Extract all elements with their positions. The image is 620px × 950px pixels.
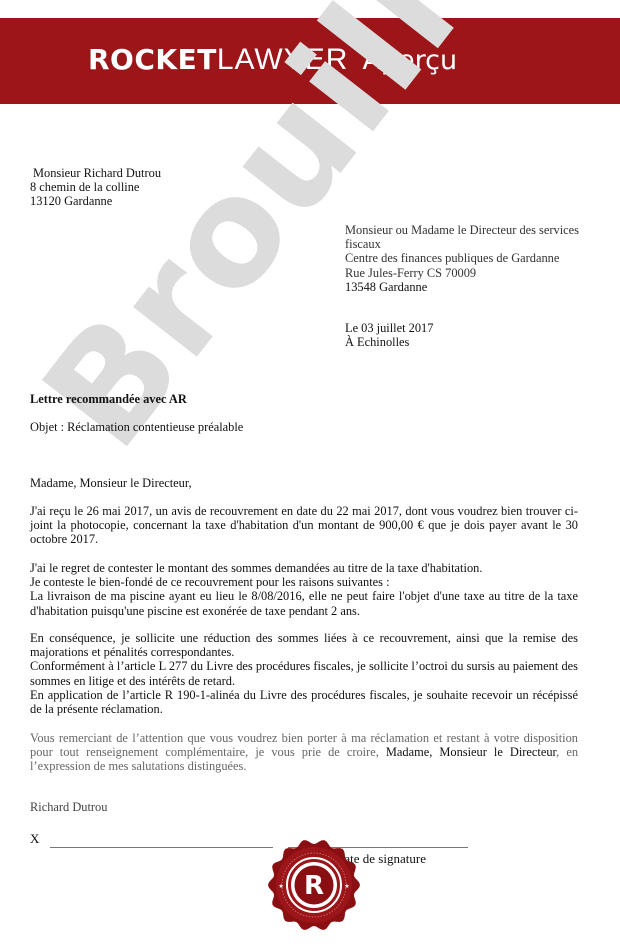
- paragraph-notice-received: J'ai reçu le 26 mai 2017, un avis de rec…: [30, 504, 578, 547]
- request-line3: En application de l’article R 190-1-alin…: [30, 688, 578, 716]
- paragraph-contest: J'ai le regret de contester le montant d…: [30, 561, 578, 618]
- contest-line1: J'ai le regret de contester le montant d…: [30, 561, 578, 575]
- sender-city: 13120 Gardanne: [30, 194, 161, 208]
- signature-line[interactable]: [50, 847, 273, 848]
- salutation: Madame, Monsieur le Directeur,: [30, 476, 192, 490]
- registered-mail-notice: Lettre recommandée avec AR: [30, 392, 187, 406]
- svg-text:★: ★: [344, 883, 349, 890]
- request-line1: En conséquence, je sollicite une réducti…: [30, 631, 578, 659]
- sender-street: 8 chemin de la colline: [30, 180, 161, 194]
- recipient-line3: Rue Jules-Ferry CS 70009: [345, 266, 595, 280]
- recipient-line2: Centre des finances publiques de Gardann…: [345, 251, 595, 265]
- signature-mark: X: [30, 832, 39, 846]
- paragraph-requests: En conséquence, je sollicite une réducti…: [30, 631, 578, 716]
- contest-line2: Je conteste le bien-fondé de ce recouvre…: [30, 575, 578, 589]
- sender-name: Monsieur Richard Dutrou: [30, 166, 161, 180]
- recipient-address: Monsieur ou Madame le Directeur des serv…: [345, 223, 595, 294]
- closing-addressee: Madame, Monsieur le Directeur: [386, 745, 556, 759]
- date-place: Le 03 juillet 2017 À Echinolles: [345, 321, 433, 349]
- letter-place: À Echinolles: [345, 335, 433, 349]
- request-line2: Conformément à l’article L 277 du Livre …: [30, 659, 578, 687]
- svg-text:★: ★: [278, 883, 283, 890]
- recipient-line1: Monsieur ou Madame le Directeur des serv…: [345, 223, 595, 251]
- letter-date: Le 03 juillet 2017: [345, 321, 433, 335]
- sender-address: Monsieur Richard Dutrou 8 chemin de la c…: [30, 166, 161, 209]
- signer-name: Richard Dutrou: [30, 800, 107, 814]
- closing-paragraph: Vous remerciant de l’attention que vous …: [30, 731, 578, 774]
- seal-letter: R: [304, 871, 324, 901]
- recipient-line4: 13548 Gardanne: [345, 280, 595, 294]
- rocketlawyer-seal-icon: R ★ ★: [267, 838, 361, 932]
- contest-line3: La livraison de ma piscine ayant eu lieu…: [30, 589, 578, 617]
- letter-document: Monsieur Richard Dutrou 8 chemin de la c…: [0, 0, 620, 950]
- letter-subject: Objet : Réclamation contentieuse préalab…: [30, 420, 243, 434]
